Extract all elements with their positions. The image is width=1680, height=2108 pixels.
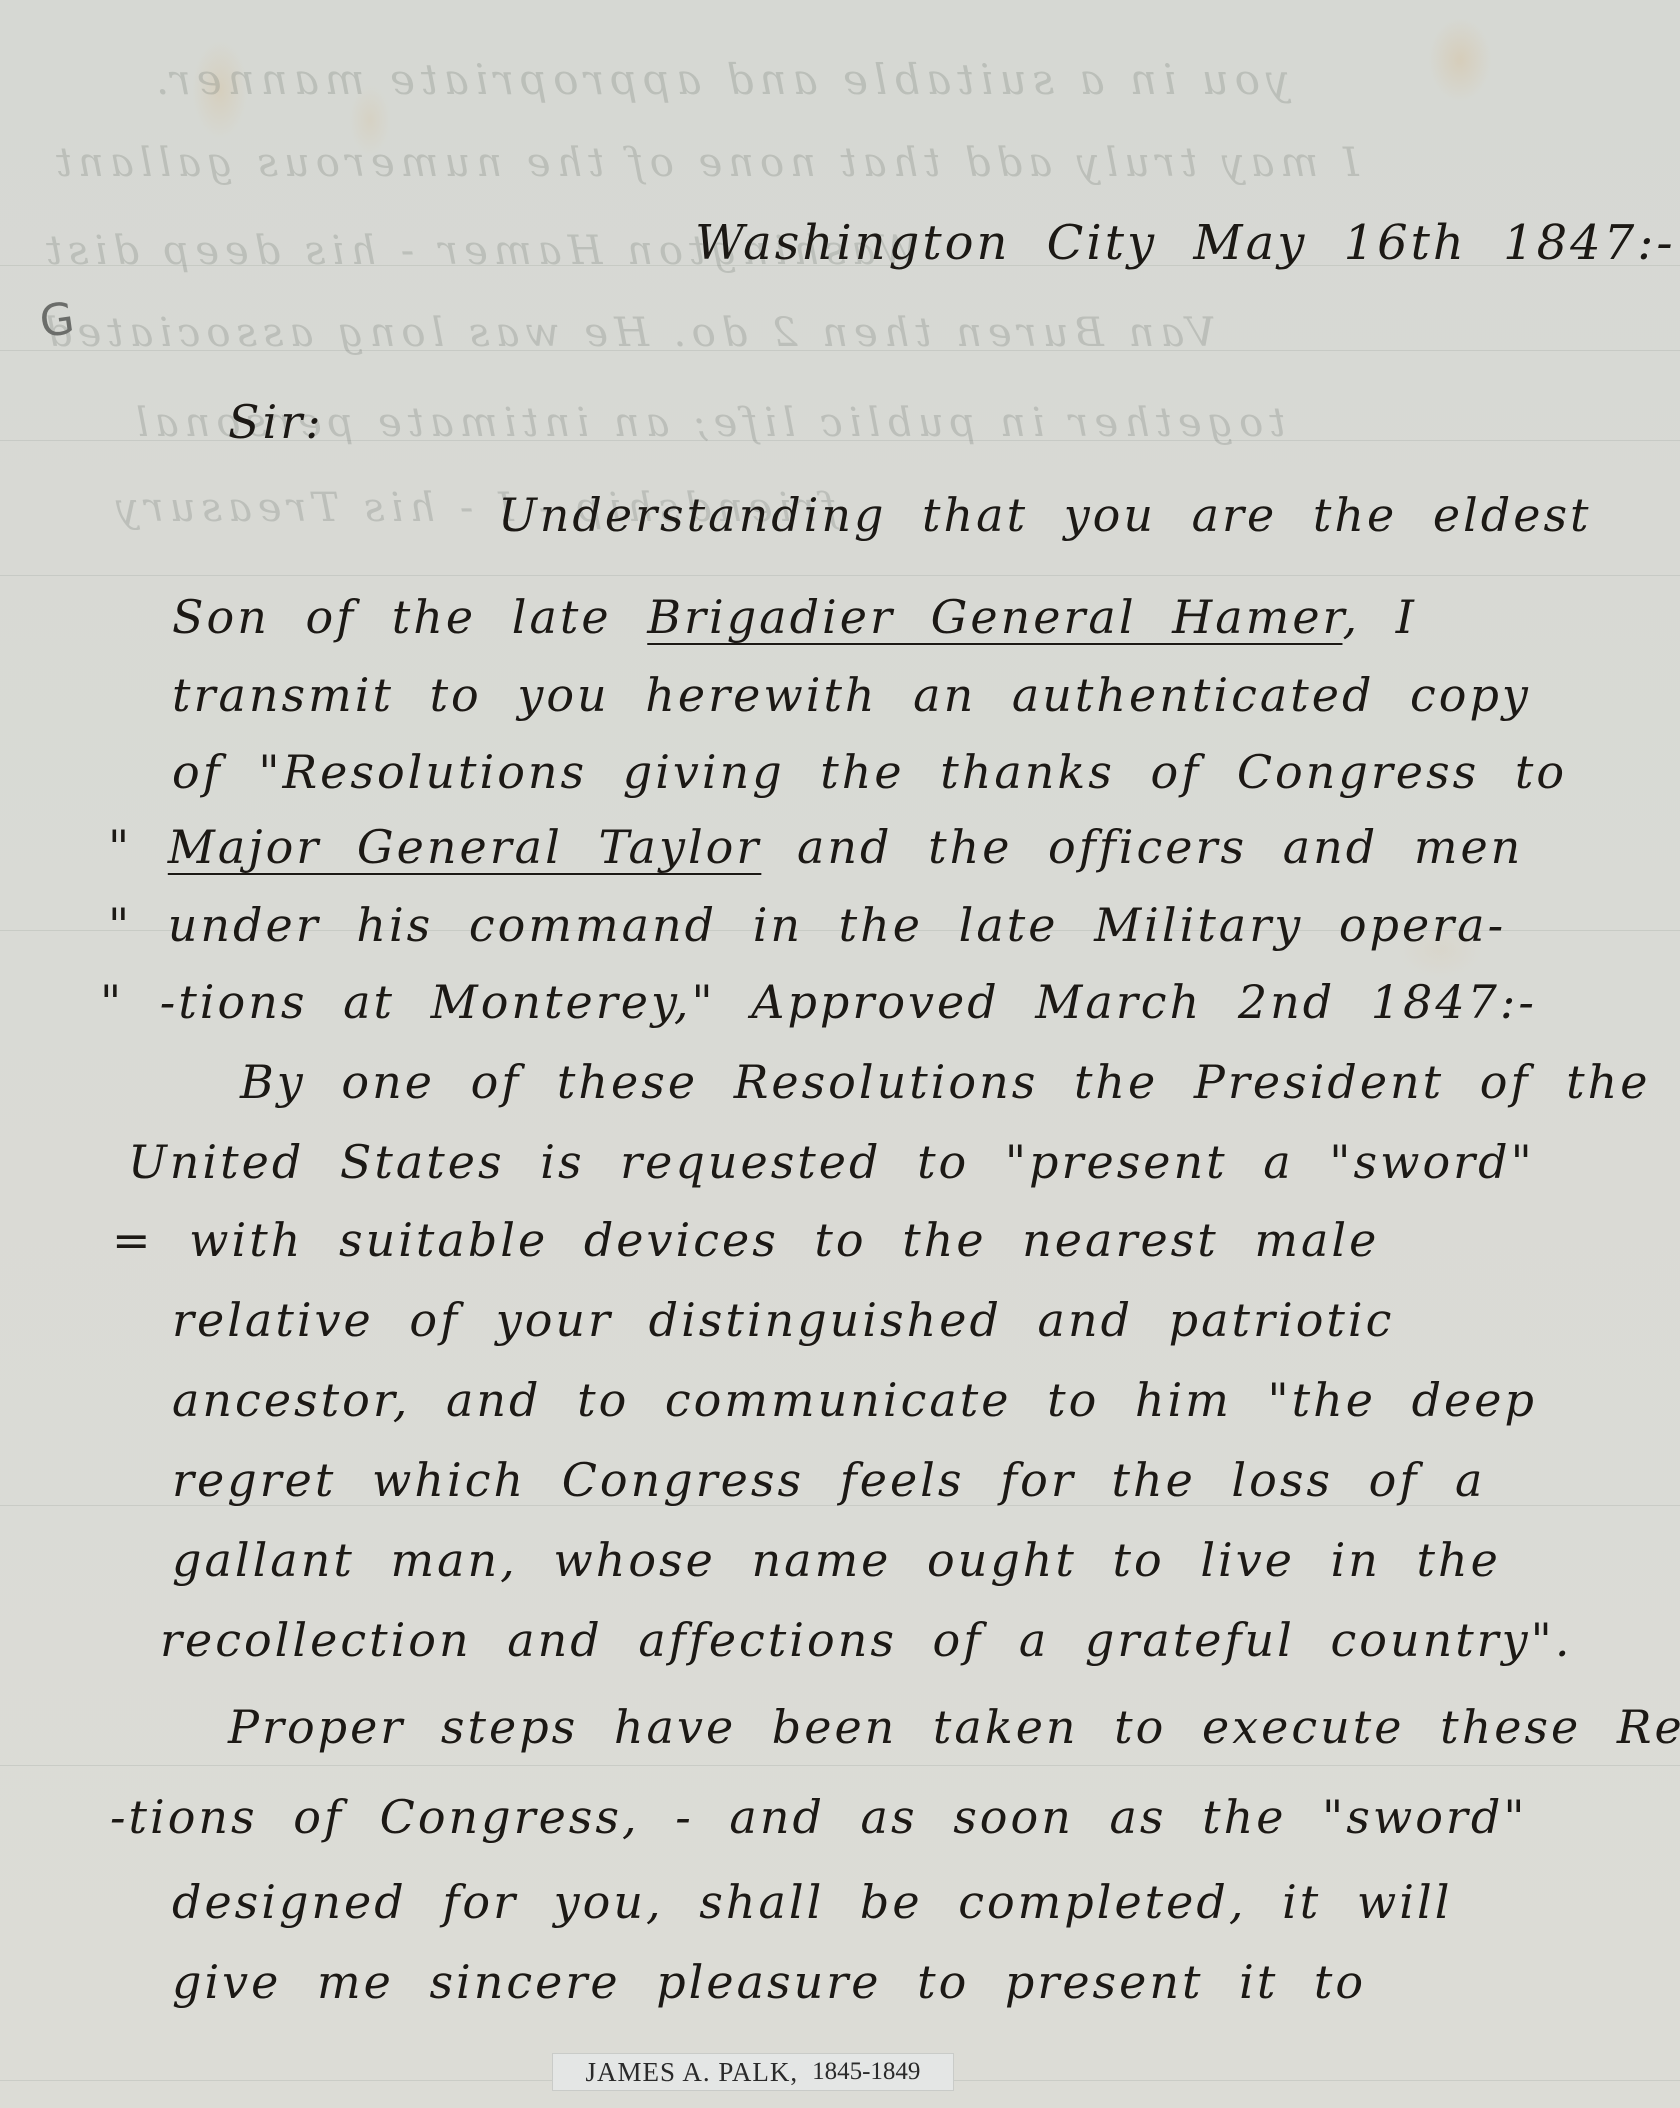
underlined-name: Major General Taylor — [168, 820, 762, 874]
letter-text: " — [108, 820, 168, 874]
letter-body-line: ancestor, and to communicate to him "the… — [172, 1373, 1537, 1427]
letter-body-line: transmit to you herewith an authenticate… — [172, 668, 1531, 722]
letter-text: and the officers and men — [761, 820, 1523, 874]
letter-body-line: Understanding that you are the eldest — [498, 488, 1592, 542]
ruled-line — [0, 575, 1680, 576]
letter-body-line: Proper steps have been taken to execute … — [228, 1700, 1680, 1754]
letter-body-line: " Major General Taylor and the officers … — [108, 820, 1523, 874]
letter-body-line: give me sincere pleasure to present it t… — [172, 1955, 1366, 2009]
letter-dateline: Washington City May 16th 1847:- — [695, 215, 1676, 271]
letter-body-line: By one of these Resolutions the Presiden… — [240, 1055, 1650, 1109]
show-through-text: I may truly add that none of the numerou… — [50, 140, 1359, 186]
caption-label: JAMES A. PALK, 1845-1849 — [552, 2053, 954, 2091]
letter-body-line: relative of your distinguished and patri… — [172, 1293, 1394, 1347]
letter-text: Son of the late — [172, 590, 647, 644]
ruled-line — [0, 1765, 1680, 1766]
letter-body-line: of "Resolutions giving the thanks of Con… — [172, 745, 1567, 799]
letter-body-line: designed for you, shall be completed, it… — [172, 1875, 1452, 1929]
letter-body-line: United States is requested to "present a… — [128, 1135, 1535, 1189]
underlined-name: Brigadier General Hamer — [647, 590, 1342, 644]
letter-body-line: recollection and affections of a gratefu… — [160, 1613, 1572, 1667]
letter-body-line: Son of the late Brigadier General Hamer,… — [172, 590, 1417, 644]
letter-body-line: = with suitable devices to the nearest m… — [112, 1213, 1379, 1267]
caption-years: 1845-1849 — [812, 2058, 920, 2086]
show-through-text: you in a suitable and appropriate manner… — [150, 55, 1290, 104]
letter-body-line: " -tions at Monterey," Approved March 2n… — [100, 975, 1537, 1029]
letter-body-line: " under his command in the late Military… — [108, 898, 1506, 952]
show-through-text: Van Buren then 2 do. He was long associa… — [40, 310, 1215, 356]
letter-body-line: -tions of Congress, - and as soon as the… — [110, 1790, 1527, 1844]
pencil-annotation: G — [37, 293, 78, 348]
letter-salutation: Sir: — [228, 395, 324, 449]
caption-name: JAMES A. PALK, — [586, 2057, 799, 2088]
letter-body-line: gallant man, whose name ought to live in… — [172, 1533, 1501, 1587]
letter-paper: you in a suitable and appropriate manner… — [0, 0, 1680, 2108]
letter-body-line: regret which Congress feels for the loss… — [172, 1453, 1485, 1507]
letter-text: , I — [1343, 590, 1417, 644]
